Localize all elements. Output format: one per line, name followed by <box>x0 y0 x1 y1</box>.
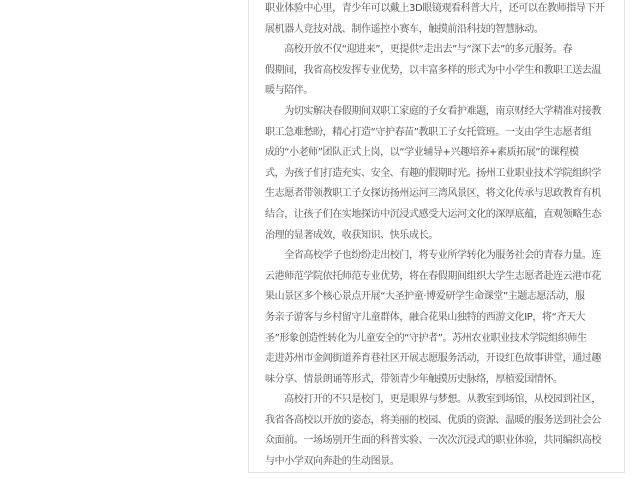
article-text-line: 果山景区多个核心景点开展“大圣护童·博爱研学生命课堂”主题志愿活动，服 <box>265 287 610 308</box>
article-text-line: 为切实解决春假期间双职工家庭的子女看护难题，南京财经大学精准对接教 <box>265 102 610 123</box>
article-text-line: 高校打开的不只是校门，更是眼界与梦想。从教室到场馆，从校园到社区， <box>265 390 610 411</box>
article-text-line: 展机器人竞技对战、制作遥控小赛车，触摸前沿科技的智慧脉动。 <box>265 20 610 41</box>
article-text-line: 暖与陪伴。 <box>265 81 610 102</box>
article-text-line: 我省各高校以开放的姿态，将美丽的校园、优质的资源、温暖的服务送到社会公 <box>265 411 610 432</box>
document-viewport: 职业体验中心里，青少年可以戴上3D眼镜观看科普大片，还可以在教师指导下开展机器人… <box>0 0 639 479</box>
article-text-line: 结合，让孩子们在实地探访中沉浸式感受大运河文化的深厚底蕴，直观领略生态 <box>265 205 610 226</box>
article-text-line: 成的“小老师”团队正式上岗，以“学业辅导+兴趣培养+素质拓展”的课程模 <box>265 143 610 164</box>
article-text-line: 务亲子游客与乡村留守儿童群体，融合花果山独特的西游文化IP，将“齐天大 <box>265 308 610 329</box>
article-text-line: 全省高校学子也纷纷走出校门，将专业所学转化为服务社会的青春力量。连 <box>265 246 610 267</box>
article-text-line: 职业体验中心里，青少年可以戴上3D眼镜观看科普大片，还可以在教师指导下开 <box>265 0 610 20</box>
article-text-line: 治理的显著成效，收获知识、快乐成长。 <box>265 226 610 247</box>
document-page: 职业体验中心里，青少年可以戴上3D眼镜观看科普大片，还可以在教师指导下开展机器人… <box>248 0 625 473</box>
article-text-line: 云港师范学院依托师范专业优势，将在春假期间组织大学生志愿者赴连云港市花 <box>265 267 610 288</box>
article-body: 职业体验中心里，青少年可以戴上3D眼镜观看科普大片，还可以在教师指导下开展机器人… <box>265 0 610 473</box>
article-text-line: 走进苏州市金阊街道养育巷社区开展志愿服务活动，开设红色故事讲堂，通过趣 <box>265 349 610 370</box>
article-text-line: 圣”形象创造性转化为儿童安全的“守护者”。苏州农业职业技术学院组织师生 <box>265 329 610 350</box>
article-text-line: 高校开放不仅“迎进来”，更提供“走出去”与“深下去”的多元服务。春 <box>265 40 610 61</box>
article-text-line: 众面前。一场场别开生面的科普实验、一次次沉浸式的职业体验，共同编织高校 <box>265 431 610 452</box>
article-text-line: 味分享、情景朗诵等形式，带领青少年触摸历史脉络，厚植爱国情怀。 <box>265 370 610 391</box>
article-text-line: 生志愿者带领教职工子女探访扬州运河三湾风景区，将文化传承与思政教育有机 <box>265 184 610 205</box>
article-text-line: 职工急难愁盼，精心打造“守护春苗”教职工子女托管班。一支由学生志愿者组 <box>265 123 610 144</box>
article-text-line: 与中小学双向奔赴的生动图景。 <box>265 452 610 473</box>
article-text-line: 假期间，我省高校发挥专业优势，以丰富多样的形式为中小学生和教职工送去温 <box>265 61 610 82</box>
article-text-line: 式，为孩子们打造充实、安全、有趣的假期时光。扬州工业职业技术学院组织学 <box>265 164 610 185</box>
